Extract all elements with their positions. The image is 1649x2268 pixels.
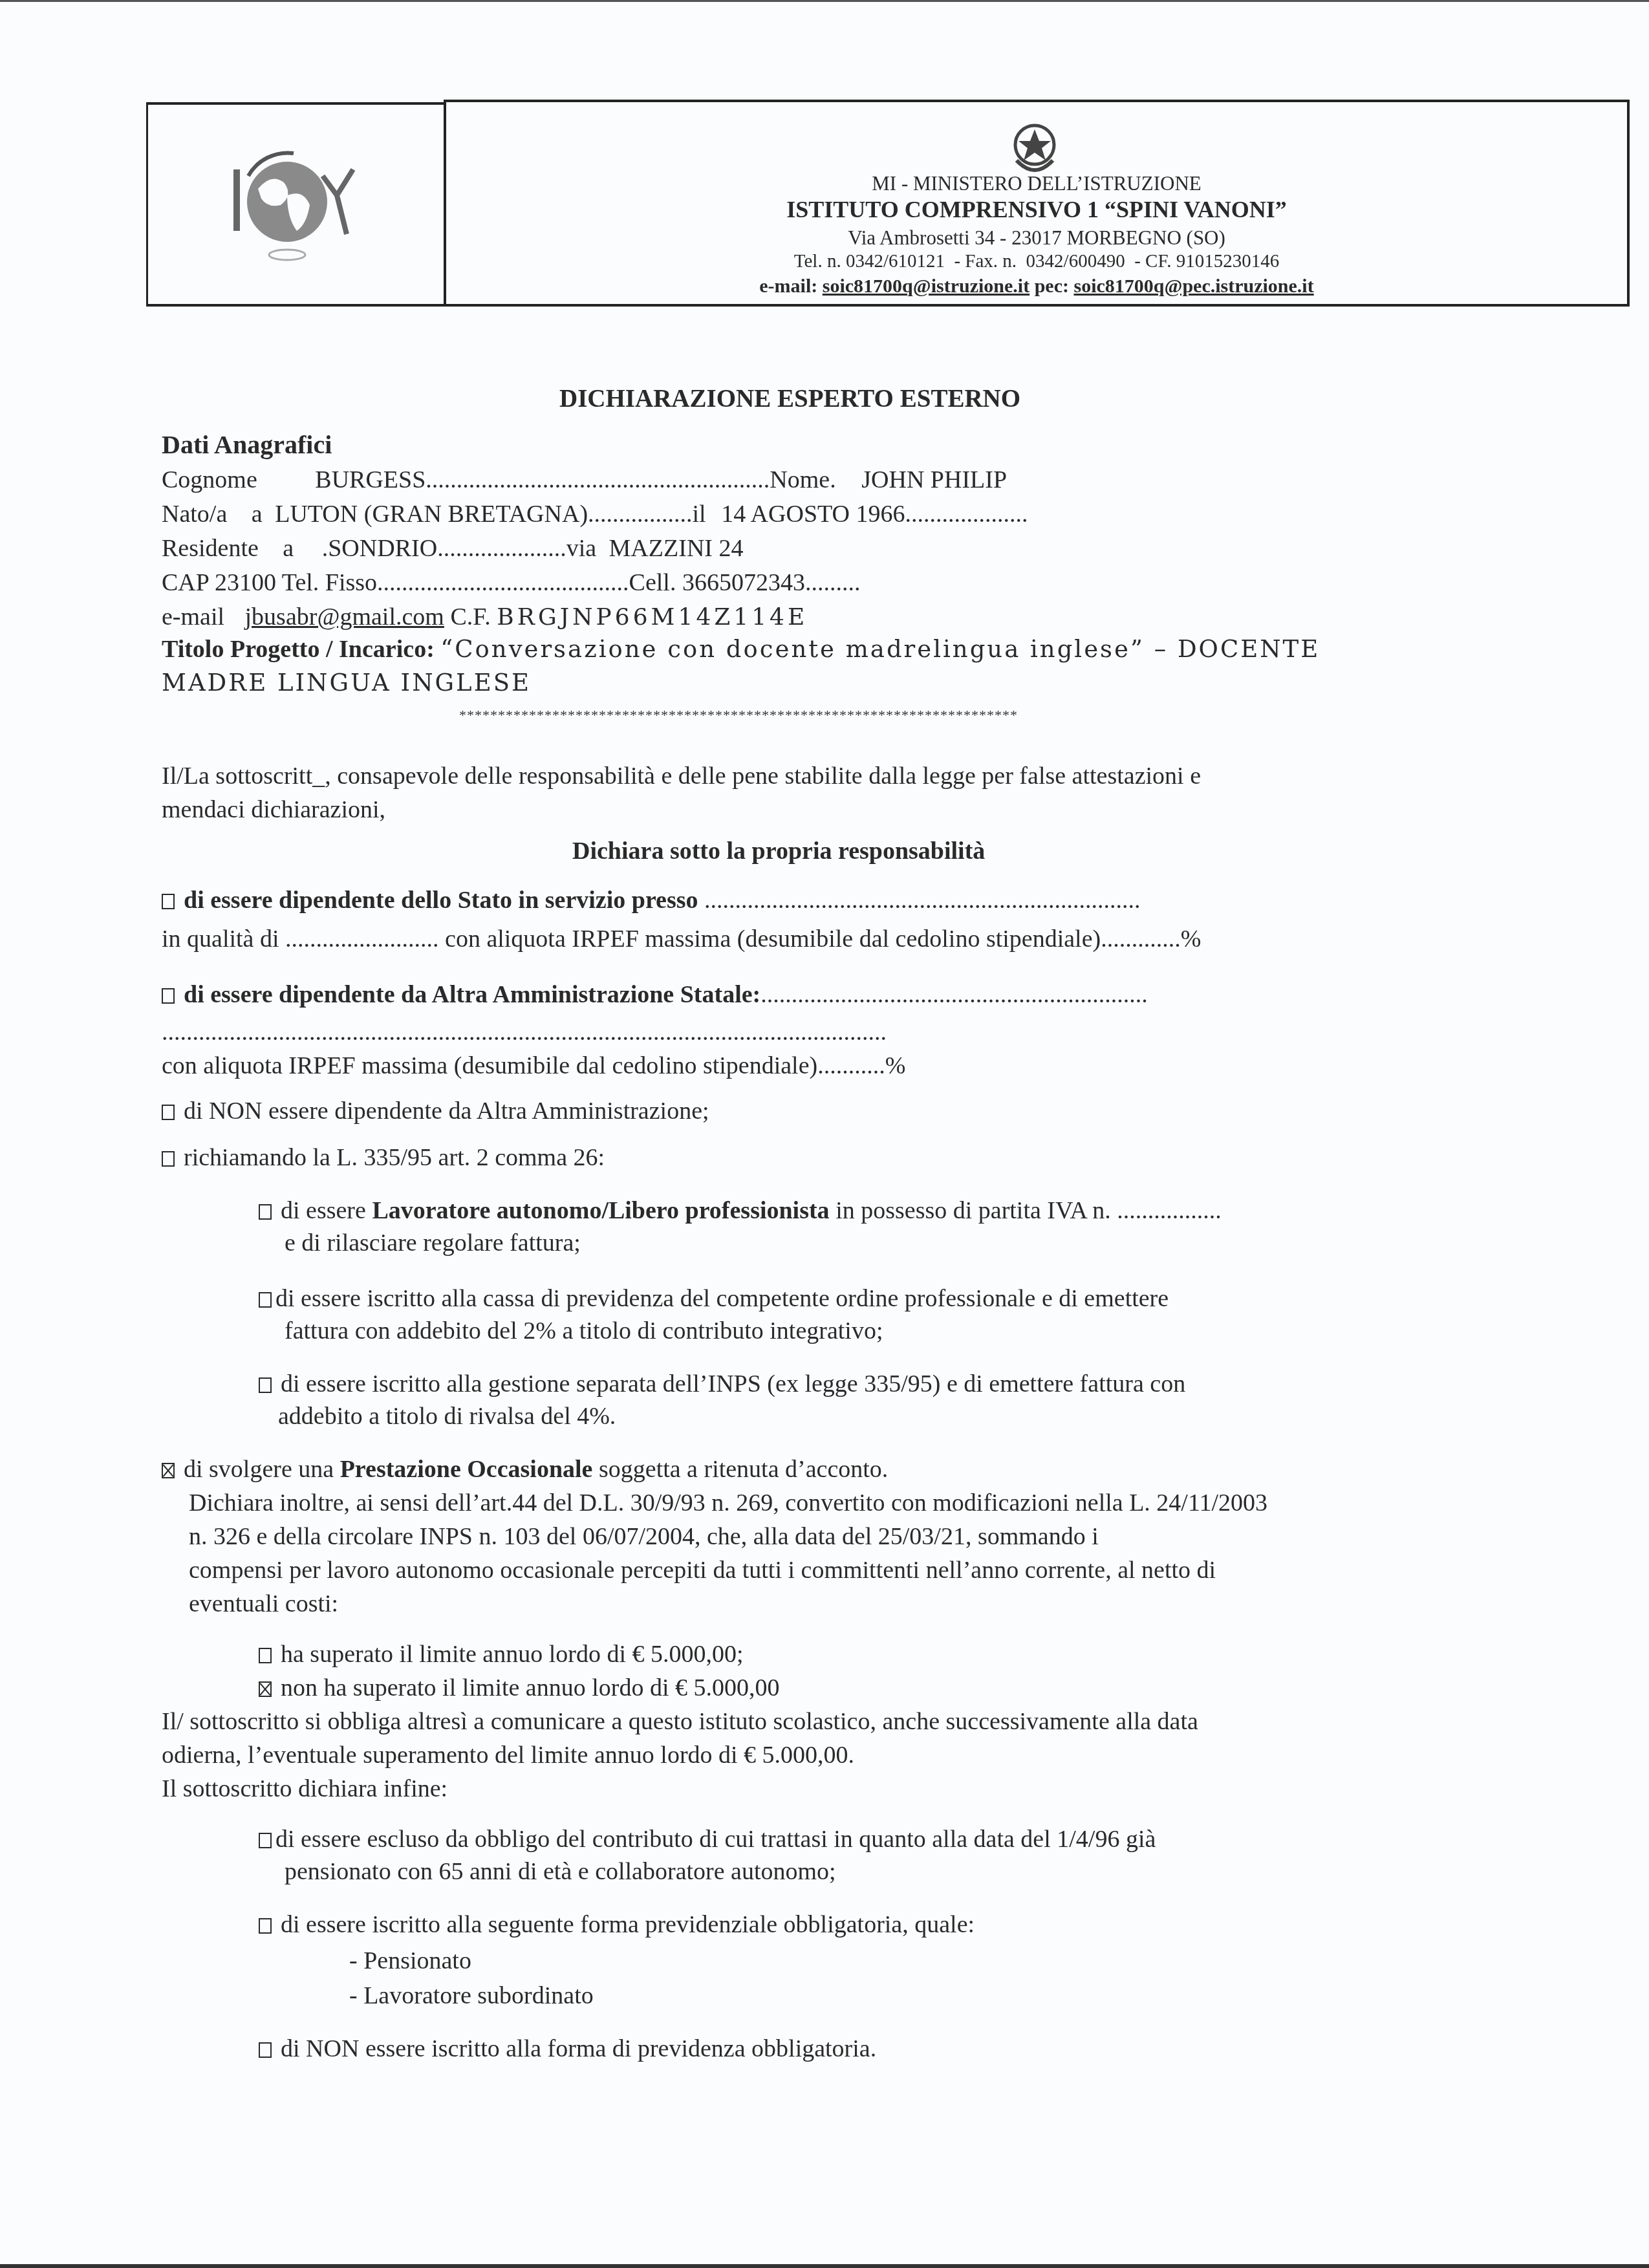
school-email-link[interactable]: soic81700q@istruzione.it xyxy=(823,275,1029,297)
progetto-label: Titolo Progetto / Incarico: xyxy=(162,636,435,663)
suboption-lavoratore-autonomo: di essere Lavoratore autonomo/Libero pro… xyxy=(259,1198,1222,1225)
italian-republic-emblem-icon xyxy=(1009,115,1061,180)
checkbox-altra-amministrazione[interactable] xyxy=(162,988,175,1004)
checkbox-iscritto[interactable] xyxy=(259,1918,272,1934)
option-qualita: in qualità di ......................... … xyxy=(162,926,1201,953)
cognome-label: Cognome xyxy=(162,466,257,493)
nato-a: a xyxy=(252,501,263,528)
occasionale-para-2: n. 326 e della circolare INPS n. 103 del… xyxy=(189,1524,1099,1551)
option-label: di essere escluso da obbligo del contrib… xyxy=(275,1826,1156,1853)
option-richiamando: richiamando la L. 335/95 art. 2 comma 26… xyxy=(162,1145,605,1172)
occasionale-para-4: eventuali costi: xyxy=(189,1591,338,1618)
il-label: il xyxy=(693,501,706,528)
option-post: soggetta a ritenuta d’acconto. xyxy=(592,1456,888,1483)
checkbox-gestione-separata[interactable] xyxy=(259,1377,272,1393)
progetto-value-cont: MADRE LINGUA INGLESE xyxy=(162,670,531,697)
street-value[interactable]: MAZZINI 24 xyxy=(609,535,744,562)
option-label: di essere dipendente dello Stato in serv… xyxy=(184,887,698,914)
school-address: Via Ambrosetti 34 - 23017 MORBEGNO (SO) xyxy=(446,226,1627,250)
checkbox-limit-non-superato-checked[interactable] xyxy=(259,1681,272,1697)
globe-km-logo-icon xyxy=(232,150,361,266)
checkbox-dipendente-stato[interactable] xyxy=(162,894,175,909)
option-label: ha superato il limite annuo lordo di € 5… xyxy=(281,1641,744,1668)
birthplace-value[interactable]: LUTON (GRAN BRETAGNA) xyxy=(275,501,588,528)
option-label: richiamando la L. 335/95 art. 2 comma 26… xyxy=(184,1144,605,1171)
option-label: di NON essere iscritto alla forma di pre… xyxy=(281,2035,876,2062)
school-name: ISTITUTO COMPRENSIVO 1 “SPINI VANONI” xyxy=(446,196,1627,223)
birthdate-value[interactable]: 14 AGOSTO 1966 xyxy=(721,501,905,528)
option-pre: di svolgere una xyxy=(184,1456,340,1483)
intro-text-cont: mendaci dichiarazioni, xyxy=(162,797,385,824)
school-email-line: e-mail: soic81700q@istruzione.it pec: so… xyxy=(446,275,1627,297)
row-progetto: Titolo Progetto / Incarico: “Conversazio… xyxy=(162,636,1320,664)
birthdate-dots: .................... xyxy=(905,501,1028,528)
option-label: di essere iscritto alla seguente forma p… xyxy=(281,1911,975,1938)
cognome-value[interactable]: BURGESS xyxy=(315,466,426,493)
email-label: e-mail: xyxy=(759,275,822,297)
cognome-dots: ........................................… xyxy=(426,466,770,493)
pec-label: pec: xyxy=(1029,275,1073,297)
occasionale-para-3: compensi per lavoro autonomo occasionale… xyxy=(189,1557,1216,1584)
option-pre: di essere xyxy=(281,1197,372,1224)
checkbox-lavoratore-autonomo[interactable] xyxy=(259,1204,272,1220)
residente-label: Residente xyxy=(162,535,259,562)
personal-email-link[interactable]: jbusabr@gmail.com xyxy=(245,603,444,631)
nome-label: Nome. xyxy=(770,466,835,493)
school-info-cell: MI - MINISTERO DELL’ISTRUZIONE ISTITUTO … xyxy=(444,100,1630,307)
row-nascita: Nato/a a LUTON (GRAN BRETAGNA)..........… xyxy=(162,501,1028,528)
option-dipendente-stato: di essere dipendente dello Stato in serv… xyxy=(162,887,1141,914)
option-non-dipendente: di NON essere dipendente da Altra Ammini… xyxy=(162,1098,709,1125)
option-label: di essere iscritto alla gestione separat… xyxy=(281,1370,1185,1398)
suboption-cassa-previdenza-cont: fattura con addebito del 2% a titolo di … xyxy=(285,1318,883,1345)
residente-a: a xyxy=(283,535,294,562)
cell-value[interactable]: 3665072343 xyxy=(682,569,805,596)
limit-non-superato: non ha superato il limite annuo lordo di… xyxy=(259,1675,780,1702)
form-pensionato: - Pensionato xyxy=(349,1948,471,1975)
row-email-cf: e-mail jbusabr@gmail.com C.F. BRGJNP66M1… xyxy=(162,604,808,631)
via-label: via xyxy=(566,535,596,562)
letterhead: MI - MINISTERO DELL’ISTRUZIONE ISTITUTO … xyxy=(146,102,1485,308)
suboption-lavoratore-autonomo-cont: e di rilasciare regolare fattura; xyxy=(285,1230,581,1257)
progetto-value[interactable]: “Conversazione con docente madrelingua i… xyxy=(440,635,1320,663)
option-post: in possesso di partita IVA n. ..........… xyxy=(830,1197,1222,1224)
checkbox-cassa-previdenza[interactable] xyxy=(259,1292,272,1308)
checkbox-non-dipendente[interactable] xyxy=(162,1105,175,1120)
school-contacts: Tel. n. 0342/610121 - Fax. n. 0342/60049… xyxy=(446,251,1627,272)
school-pec-link[interactable]: soic81700q@pec.istruzione.it xyxy=(1073,275,1313,297)
ministry-name: MI - MINISTERO DELL’ISTRUZIONE xyxy=(446,172,1627,195)
obbligo-text-2: odierna, l’eventuale superamento del lim… xyxy=(162,1742,854,1769)
row-cognome-nome: Cognome BURGESS.........................… xyxy=(162,467,1007,494)
option-label: di essere dipendente da Altra Amministra… xyxy=(184,981,760,1008)
option-dots: ........................................… xyxy=(760,981,1148,1008)
row-contatti: CAP 23100 Tel. Fisso....................… xyxy=(162,570,860,597)
nome-value[interactable]: JOHN PHILIP xyxy=(861,466,1007,493)
obbligo-text-1: Il/ sottoscritto si obbliga altresì a co… xyxy=(162,1709,1198,1736)
separator-stars: ****************************************… xyxy=(459,707,1018,723)
cell-dots: ......... xyxy=(805,569,861,596)
tel-dots: ........................................… xyxy=(377,569,629,596)
row-residenza: Residente a .SONDRIO....................… xyxy=(162,535,743,563)
suboption-cassa-previdenza: di essere iscritto alla cassa di previde… xyxy=(259,1286,1169,1313)
infine-text: Il sottoscritto dichiara infine: xyxy=(162,1776,447,1803)
option-prestazione-occasionale: di svolgere una Prestazione Occasionale … xyxy=(162,1456,888,1484)
form-lavoratore-subordinato: - Lavoratore subordinato xyxy=(349,1983,594,2010)
option-label: non ha superato il limite annuo lordo di… xyxy=(281,1674,780,1701)
option-label: di essere iscritto alla cassa di previde… xyxy=(275,1285,1169,1312)
final-option-non-iscritto: di NON essere iscritto alla forma di pre… xyxy=(259,2036,876,2063)
suboption-gestione-separata: di essere iscritto alla gestione separat… xyxy=(259,1371,1185,1398)
final-option-escluso: di essere escluso da obbligo del contrib… xyxy=(259,1826,1156,1853)
suboption-gestione-separata-cont: addebito a titolo di rivalsa del 4%. xyxy=(278,1403,616,1431)
checkbox-richiamando[interactable] xyxy=(162,1151,175,1167)
checkbox-non-iscritto[interactable] xyxy=(259,2042,272,2058)
option-dots: ........................................… xyxy=(698,887,1141,914)
limit-superato: ha superato il limite annuo lordo di € 5… xyxy=(259,1641,744,1669)
option-aliquota: con aliquota IRPEF massima (desumibile d… xyxy=(162,1053,905,1080)
checkbox-prestazione-occasionale-checked[interactable] xyxy=(162,1463,175,1478)
email-label: e-mail xyxy=(162,603,224,631)
checkbox-escluso[interactable] xyxy=(259,1833,272,1848)
logo-cell xyxy=(146,102,444,307)
scan-edge-top xyxy=(0,0,1649,2)
final-option-escluso-cont: pensionato con 65 anni di età e collabor… xyxy=(285,1859,836,1886)
cell-label: Cell. xyxy=(629,569,676,596)
document-title: DICHIARAZIONE ESPERTO ESTERNO xyxy=(559,385,1020,413)
declares-heading: Dichiara sotto la propria responsabilità xyxy=(572,838,985,865)
intro-text: Il/La sottoscritt_, consapevole delle re… xyxy=(162,763,1201,790)
cf-value[interactable]: BRGJNP66M14Z114E xyxy=(497,604,808,631)
cf-label: C.F. xyxy=(450,603,490,631)
option-altra-amministrazione: di essere dipendente da Altra Amministra… xyxy=(162,982,1148,1009)
city-value[interactable]: .SONDRIO xyxy=(322,535,437,562)
section-personal-data: Dati Anagrafici xyxy=(162,431,332,459)
nato-label: Nato/a xyxy=(162,501,227,528)
occasionale-para-1: Dichiara inoltre, ai sensi dell’art.44 d… xyxy=(189,1490,1267,1517)
scan-edge-bottom xyxy=(0,2264,1649,2268)
final-option-iscritto: di essere iscritto alla seguente forma p… xyxy=(259,1912,975,1939)
cap-tel-label: CAP 23100 Tel. Fisso xyxy=(162,569,377,596)
option-bold: Lavoratore autonomo/Libero professionist… xyxy=(372,1197,829,1224)
city-dots: ..................... xyxy=(437,535,566,562)
checkbox-limit-superato[interactable] xyxy=(259,1648,272,1663)
option-dots-line: ........................................… xyxy=(162,1019,887,1046)
option-label: di NON essere dipendente da Altra Ammini… xyxy=(184,1097,709,1125)
birthplace-dots: ................. xyxy=(588,501,693,528)
option-bold: Prestazione Occasionale xyxy=(340,1456,593,1483)
